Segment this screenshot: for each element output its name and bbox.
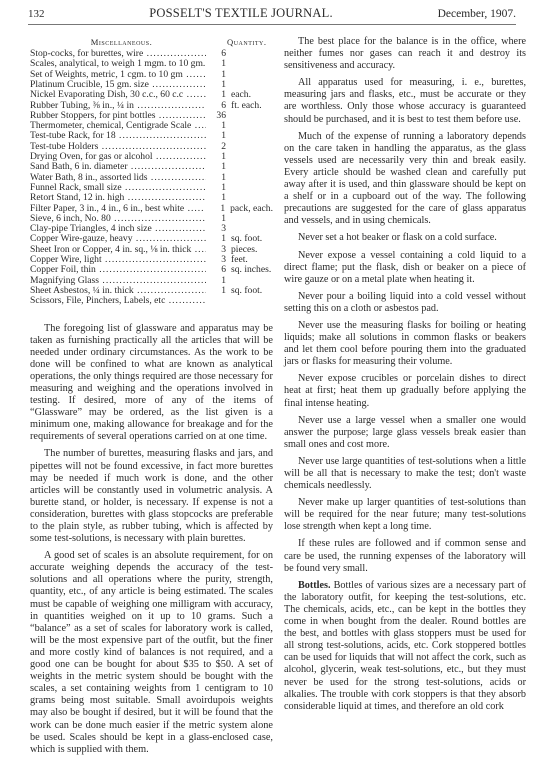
item-quantity: 1 (206, 286, 231, 296)
item-name: Scales, analytical, to weigh 1 mgm. to 1… (30, 59, 206, 69)
item-unit: sq. foot. (231, 286, 262, 296)
list-item: Filter Paper, 3 in., 4 in., 6 in., best … (30, 204, 273, 214)
paragraph: Never use a large vessel when a smaller … (284, 415, 526, 451)
bottles-paragraph: Bottles. Bottles of various sizes are a … (284, 580, 526, 713)
paragraph: If these rules are followed and if commo… (284, 538, 526, 574)
item-quantity: 6 (206, 265, 231, 275)
item-unit: ft. each. (231, 101, 262, 111)
item-quantity: 1 (206, 59, 231, 69)
list-item: Sheet Asbestos, ¼ in. thick1sq. foot. (30, 286, 273, 296)
item-name: Sieve, 6 inch, No. 80 (30, 214, 206, 224)
item-name: Magnifying Glass (30, 276, 206, 286)
quantity-heading: Quantity. (227, 36, 267, 48)
item-name: Stop-cocks, for burettes, wire (30, 49, 206, 59)
item-name: Sand Bath, 6 in. diameter (30, 162, 206, 172)
item-quantity: 1 (206, 234, 231, 244)
item-quantity: 1 (206, 214, 231, 224)
item-quantity: 3 (206, 245, 231, 255)
item-quantity: 1 (206, 80, 231, 90)
item-quantity: 1 (206, 121, 231, 131)
page-header: 132 POSSELT'S TEXTILE JOURNAL. December,… (28, 6, 516, 25)
list-item: Sieve, 6 inch, No. 801 (30, 214, 273, 224)
item-unit: pack, each. (230, 204, 273, 214)
item-quantity: 1 (206, 183, 231, 193)
list-item: Retort Stand, 12 in. high1 (30, 193, 273, 203)
list-item: Test-tube Holders2 (30, 142, 273, 152)
list-heading: Miscellaneous. (30, 36, 213, 48)
item-name: Rubber Tubing, ⅜ in., ¼ in (30, 101, 206, 111)
item-quantity: 1 (206, 152, 231, 162)
item-quantity: 1 (206, 276, 231, 286)
list-item: Scissors, File, Pinchers, Labels, etc (30, 296, 273, 306)
item-name: Water Bath, 8 in., assorted lids (30, 173, 206, 183)
list-item: Water Bath, 8 in., assorted lids1 (30, 173, 273, 183)
left-column: Miscellaneous. Quantity. Stop-cocks, for… (30, 36, 273, 761)
item-name: Nickel Evaporating Dish, 30 c.c., 60 c.c (30, 90, 206, 100)
bottles-heading: Bottles. (298, 580, 331, 591)
issue-date: December, 1907. (438, 8, 516, 20)
item-name: Clay-pipe Triangles, 4 inch size (30, 224, 206, 234)
list-item: Scales, analytical, to weigh 1 mgm. to 1… (30, 59, 273, 69)
item-quantity: 1 (206, 70, 231, 80)
item-quantity: 1 (206, 193, 231, 203)
paragraph: Never pour a boiling liquid into a cold … (284, 291, 526, 315)
item-name: Scissors, File, Pinchers, Labels, etc (30, 296, 206, 306)
item-quantity: 6 (206, 49, 231, 59)
paragraph: The number of burettes, measuring flasks… (30, 448, 273, 545)
item-quantity: 1 (206, 173, 231, 183)
item-quantity: 36 (206, 111, 231, 121)
item-name: Test-tube Rack, for 18 (30, 131, 206, 141)
item-name: Sheet Asbestos, ¼ in. thick (30, 286, 206, 296)
paragraph: Never expose crucibles or porcelain dish… (284, 373, 526, 409)
paragraph: All apparatus used for measuring, i. e.,… (284, 77, 526, 125)
item-name: Drying Oven, for gas or alcohol (30, 152, 206, 162)
paragraph: The best place for the balance is in the… (284, 36, 526, 72)
list-item: Rubber Tubing, ⅜ in., ¼ in6ft. each. (30, 101, 273, 111)
item-name: Funnel Rack, small size (30, 183, 206, 193)
item-quantity: 1 (205, 204, 230, 214)
item-quantity: 1 (206, 131, 231, 141)
item-quantity: 3 (206, 224, 231, 234)
item-name: Test-tube Holders (30, 142, 206, 152)
list-item: Rubber Stoppers, for pint bottles36 (30, 111, 273, 121)
left-body-text: The foregoing list of glassware and appa… (30, 323, 273, 756)
paragraph: Much of the expense of running a laborat… (284, 131, 526, 228)
bottles-text: Bottles of various sizes are a necessary… (284, 580, 526, 712)
item-quantity: 1 (206, 162, 231, 172)
paragraph: Never expose a vessel containing a cold … (284, 250, 526, 286)
list-item: Test-tube Rack, for 181 (30, 131, 273, 141)
paragraph: A good set of scales is an absolute requ… (30, 550, 273, 756)
paragraph: Never use large quantities of test-solut… (284, 456, 526, 492)
list-item: Stop-cocks, for burettes, wire6 (30, 49, 273, 59)
list-item: Funnel Rack, small size1 (30, 183, 273, 193)
right-body-text: The best place for the balance is in the… (284, 36, 526, 575)
item-unit: sq. inches. (231, 265, 271, 275)
list-item: Sand Bath, 6 in. diameter1 (30, 162, 273, 172)
list-item: Thermometer, chemical, Centigrade Scale1 (30, 121, 273, 131)
right-column: The best place for the balance is in the… (284, 36, 526, 718)
item-name: Copper Foil, thin (30, 265, 206, 275)
paragraph: Never use the measuring flasks for boili… (284, 320, 526, 368)
item-name: Platinum Crucible, 15 gm. size (30, 80, 206, 90)
paragraph: The foregoing list of glassware and appa… (30, 323, 273, 444)
item-quantity: 3 (206, 255, 231, 265)
item-quantity (206, 296, 231, 306)
item-name: Filter Paper, 3 in., 4 in., 6 in., best … (30, 204, 205, 214)
list-item: Copper Foil, thin6sq. inches. (30, 265, 273, 275)
list-item: Set of Weights, metric, 1 cgm. to 10 gm1 (30, 70, 273, 80)
item-name: Copper Wire, light (30, 255, 206, 265)
journal-title: POSSELT'S TEXTILE JOURNAL. (149, 6, 333, 21)
item-name: Thermometer, chemical, Centigrade Scale (30, 121, 206, 131)
item-name: Sheet Iron or Copper, 4 in. sq., ⅛ in. t… (30, 245, 206, 255)
apparatus-list: Stop-cocks, for burettes, wire6Scales, a… (30, 49, 273, 306)
list-item: Drying Oven, for gas or alcohol1 (30, 152, 273, 162)
item-name: Rubber Stoppers, for pint bottles (30, 111, 206, 121)
paragraph: Never make up larger quantities of test-… (284, 497, 526, 533)
paragraph: Never set a hot beaker or flask on a col… (284, 232, 526, 244)
item-name: Retort Stand, 12 in. high (30, 193, 206, 203)
item-quantity: 2 (206, 142, 231, 152)
item-name: Copper Wire-gauze, heavy (30, 234, 206, 244)
item-name: Set of Weights, metric, 1 cgm. to 10 gm (30, 70, 206, 80)
list-header: Miscellaneous. Quantity. (30, 36, 273, 48)
item-quantity: 1 (206, 90, 231, 100)
page-number: 132 (28, 8, 45, 20)
